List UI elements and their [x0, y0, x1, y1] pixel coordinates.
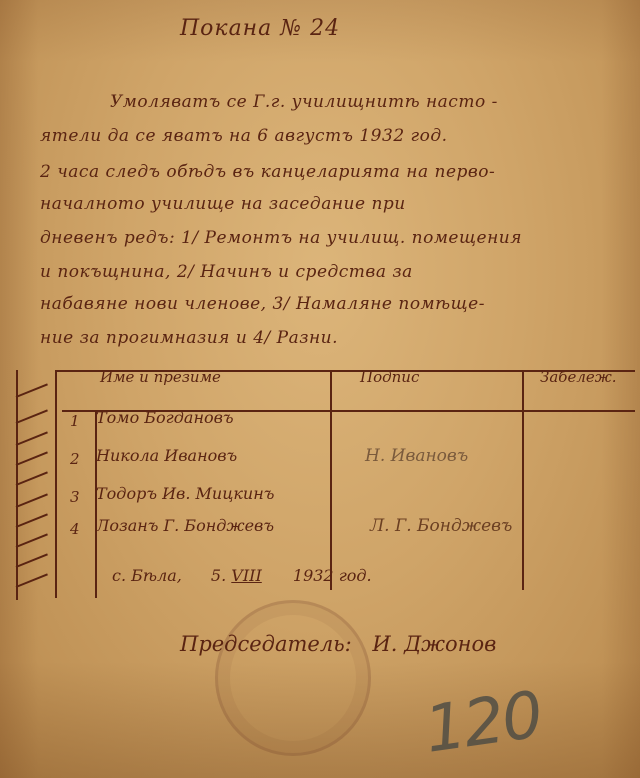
place-date: с. Бѣла, 5. VIII 1932 год. — [112, 566, 372, 585]
hatch-mark — [16, 533, 48, 548]
chairman-signature: И. Джонов — [372, 632, 496, 656]
body-line-3: 2 часа следъ обѣдъ въ канцеларията на пе… — [40, 162, 495, 182]
document-title: Покана № 24 — [180, 16, 340, 41]
row-number: 2 — [70, 450, 80, 468]
row-number: 1 — [70, 412, 80, 430]
chairman-line: Председатель: И. Джонов — [180, 632, 496, 656]
row-number: 4 — [70, 520, 80, 538]
body-line-7: набавяне нови членове, 3/ Намаляне помѣщ… — [40, 294, 485, 314]
faded-stamp — [215, 600, 371, 756]
year: 1932 год. — [293, 566, 372, 585]
place: с. Бѣла, — [112, 566, 182, 585]
hatch-mark — [16, 451, 48, 466]
header-notes: Забележ. — [540, 368, 617, 386]
hatch-mark — [16, 573, 48, 588]
row-name: Томо Богдановъ — [96, 408, 234, 427]
body-line-2: ятели да се яватъ на 6 августъ 1932 год. — [40, 126, 448, 146]
day: 5. — [211, 566, 226, 585]
hatch-mark — [16, 513, 48, 528]
row-signature: Н. Ивановъ — [365, 446, 468, 466]
row-name: Тодоръ Ив. Мицкинъ — [96, 484, 274, 503]
body-line-6: и покъщнина, 2/ Начинъ и средства за — [40, 262, 413, 282]
body-line-8: ние за прогимназия и 4/ Разни. — [40, 328, 338, 348]
row-signature: Л. Г. Бонджевъ — [370, 516, 512, 536]
hatch-mark — [16, 431, 48, 446]
chairman-label: Председатель: — [180, 632, 352, 656]
hatch-mark — [16, 493, 48, 508]
row-name: Никола Ивановъ — [96, 446, 237, 465]
month: VIII — [231, 566, 262, 585]
hatch-mark — [16, 471, 48, 486]
name-column-border — [330, 370, 332, 590]
body-line-5: дневенъ редъ: 1/ Ремонтъ на училищ. поме… — [40, 228, 522, 248]
hatch-mark — [16, 383, 48, 398]
hatch-mark — [16, 409, 48, 424]
pencil-page-number: 120 — [420, 678, 545, 767]
body-line-1: Умоляватъ се Г.г. училищнитѣ насто - — [110, 92, 498, 112]
signature-column-border — [522, 370, 524, 590]
body-line-4: началното училище на заседание при — [40, 194, 406, 214]
hatch-mark — [16, 553, 48, 568]
table-left-border — [55, 370, 57, 598]
num-column-border — [95, 412, 97, 598]
header-name: Име и презиме — [100, 368, 221, 386]
row-number: 3 — [70, 488, 80, 506]
row-name: Лозанъ Г. Бонджевъ — [96, 516, 274, 535]
header-signature: Подпис — [360, 368, 419, 386]
attendance-table: Име и презиме Подпис Забележ. 1 Томо Бог… — [0, 360, 640, 600]
